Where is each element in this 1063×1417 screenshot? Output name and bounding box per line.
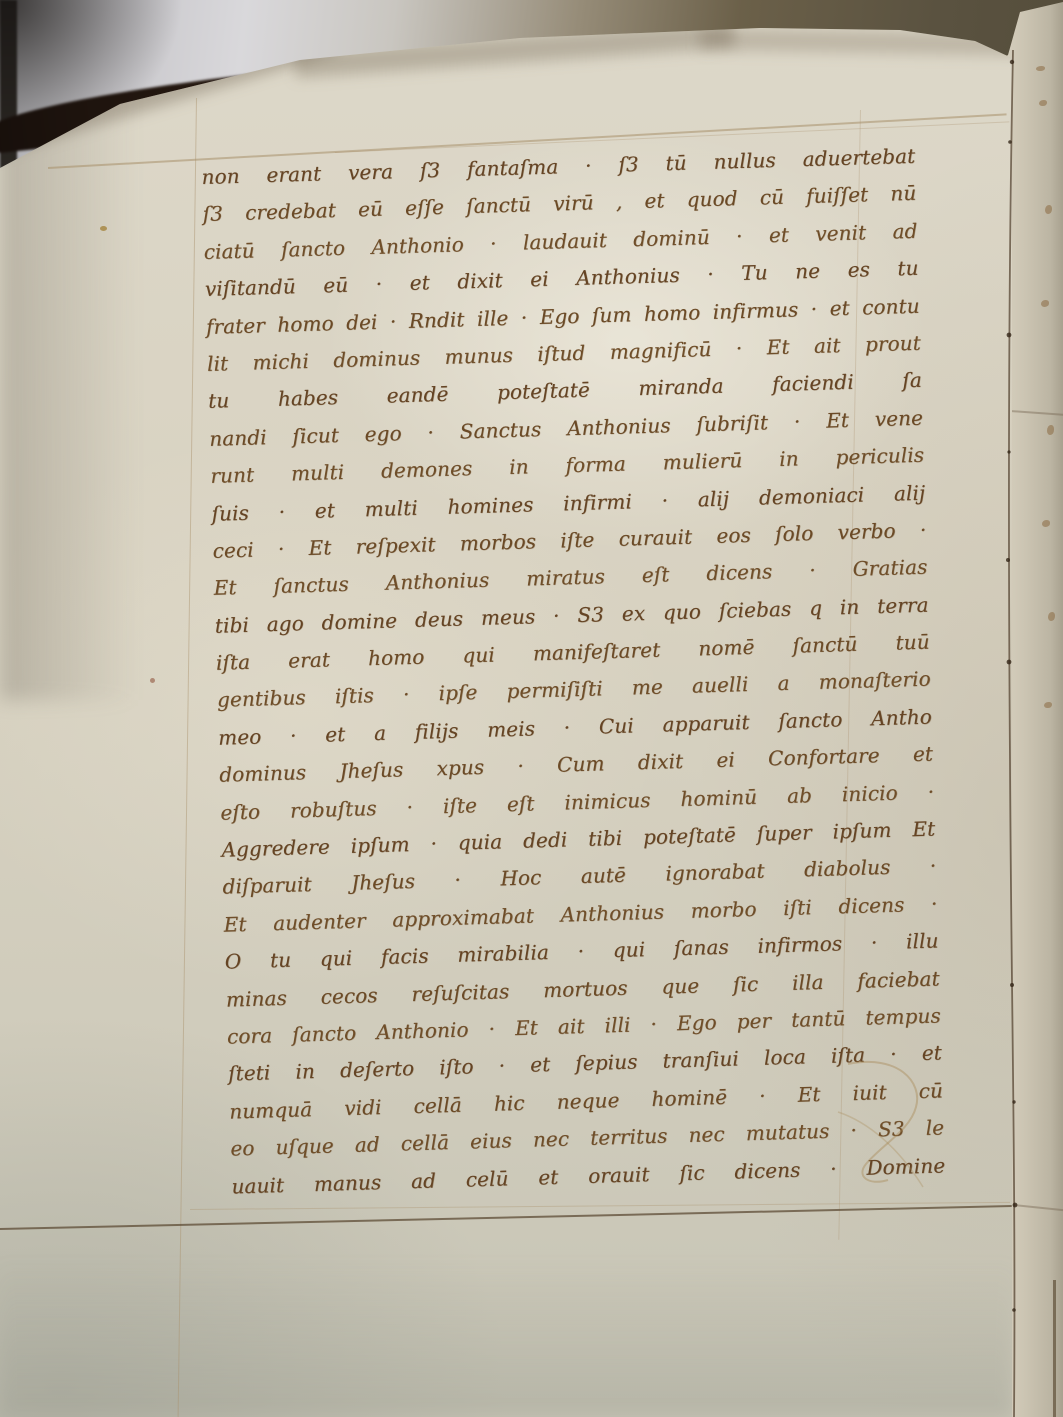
- ink-offset-mark: [1039, 100, 1047, 106]
- ink-offset-mark: [1044, 702, 1052, 708]
- ruled-line-left-margin: [178, 98, 198, 1417]
- gutter-shade: [0, 80, 170, 700]
- page-crease: [995, 0, 1029, 1417]
- ink-offset-mark: [1036, 66, 1045, 71]
- margin-speck: [150, 678, 155, 683]
- manuscript-page: non erant vera ſ3 fantaſma · ſ3 tū nullu…: [0, 0, 1012, 1417]
- ink-offset-mark: [1048, 612, 1055, 621]
- manuscript-photo: non erant vera ſ3 fantaſma · ſ3 tū nullu…: [0, 0, 1063, 1417]
- ink-offset-mark: [1041, 300, 1049, 307]
- bottom-shade: [0, 1260, 1012, 1417]
- margin-pen-flourish: [828, 1052, 963, 1212]
- ink-offset-mark: [1047, 425, 1054, 435]
- ink-offset-mark: [1045, 205, 1052, 214]
- manuscript-text-block: non erant vera ſ3 fantaſma · ſ3 tū nullu…: [201, 138, 946, 1206]
- ink-offset-mark: [1042, 520, 1050, 527]
- fore-edge-dark-line: [1053, 1280, 1056, 1417]
- margin-speck: [100, 226, 107, 231]
